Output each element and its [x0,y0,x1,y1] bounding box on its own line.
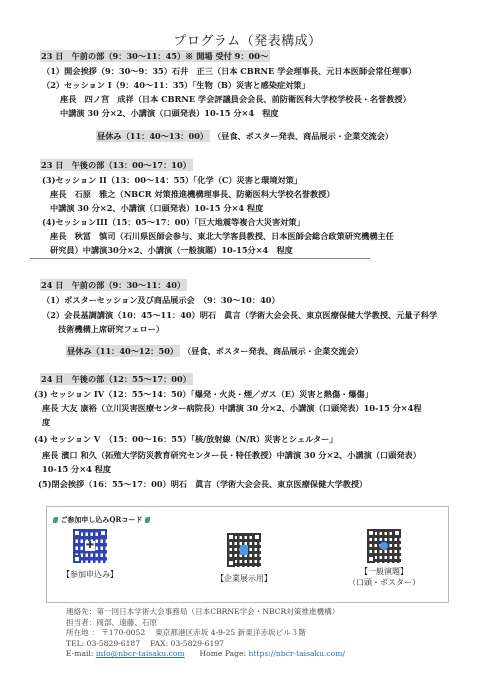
section-header-day23-am: 23 日 午前の部（9：30〜11：45）※ 開場 受付 9：00〜 [40,50,270,62]
lunch-break-detail: （昼食、ポスター発表、商品展示・企業交流会） [213,131,393,141]
qr-code-registration[interactable]: ✚ [73,529,107,563]
qr-label-registration: 【参加申込み】 [59,569,121,580]
lunch-break-label: 昼休み（11：40〜13：00） [96,130,210,142]
program-item: 研究員）中講演30分×2、小講演（一般演題）10‐15分×4 程度 [50,245,293,256]
qr-code-abstract[interactable] [367,529,401,563]
program-item: （2）セッション I（9：40〜11：35）「生物（B）災害と感染症対策」 [42,80,310,91]
section-header-day24-pm: 24 日 午後の部（12：55〜17：00） [40,373,193,385]
section-header-day23-pm: 23 日 午後の部（13：00〜17：10） [40,159,193,171]
building-icon [240,545,248,555]
contact-phone-fax: TEL: 03-5829-6187 FAX: 03-5829-6197 [66,639,345,650]
cross-icon: ✚ [85,541,95,551]
contact-address: 所在地 ： 〒170-0052 東京都港区赤坂 4-9-25 新東洋赤坂ビル３階 [66,628,345,639]
program-item: (5)閉会挨拶（16：55〜17：00）明石 眞言（学術大会会長、東京医療保健大… [38,479,367,490]
page-title: プログラム（発表構成） [0,30,495,49]
program-item: 座長 濱口 和久（拓殖大学防災教育研究センター長・特任教授）中講演 30 分×2… [42,450,421,461]
leaf-icon [53,517,58,523]
contact-links: E-mail: info@nbcr-taisaku.com Home Page:… [66,649,345,660]
qr-code-panel: ご参加申し込みQRコード ✚ 【参加申込み】 【企業展示用】 【一般演題】 （口… [46,506,449,603]
program-item: 座長 秋冨 慎司（石川県医師会参与、東北大学客員教授、日本医師会総合政策研究機構… [50,231,394,242]
qr-label-exhibitor: 【企業展示用】 [212,573,276,584]
program-item: （1）ポスターセッション及び商品展示会 （9：30〜10：40） [42,295,280,306]
program-item: （1）開会挨拶（9：30〜9：35）石井 正三（日本 CBRNE 学会理事長、元… [42,66,416,77]
program-item: (3)セッション II（13：00〜14：55）「化学（C）災害と環境対策」 [42,175,302,186]
program-item: (4)セッションIII（15：05〜17：00）「巨大地震等複合大災害対策」 [42,217,305,228]
qr-code-exhibitor[interactable] [227,533,261,567]
program-item: 10‐15 分×4 程度 [42,464,111,475]
lunch-break-label: 昼休み（11：40〜12：50） [66,345,180,357]
homepage-label: Home Page: [200,649,249,658]
program-item: 中講演 30 分×2、小講演（口頭発表）10‐15 分×4 程度 [60,108,279,119]
contact-office: 連絡先：第一回日本学術大会事務局（日本CBRNE学会・NBCR対策推進機構） [66,607,345,618]
program-item: 度 [42,417,50,428]
qr-heading: ご参加申し込みQRコード [53,515,150,525]
program-item: （2）会長基調講演（10：45〜11：40）明石 眞言（学術大会会長、東京医療保… [42,310,437,321]
contact-block: 連絡先：第一回日本学術大会事務局（日本CBRNE学会・NBCR対策推進機構） 担… [66,607,345,660]
dot-icon [380,542,388,550]
program-item: (4) セッション V （15：00〜16：55）「核/放射線（N/R）災害とシ… [34,434,338,445]
qr-sublabel-abstract: （口頭・ポスター） [343,577,425,588]
program-item: 座長 石原 雅之（NBCR 対策推進機構理事長、防衛医科大学校名誉教授） [50,189,335,200]
program-item: 座長 大友 康裕（立川災害医療センター病院長）中講演 30 分×2、小講演（口頭… [42,403,422,414]
program-item: 座長 四ノ宮 成祥（日本 CBRNE 学会評議員会会長、前防衛医科大学校学校長・… [60,94,411,105]
leaf-icon [145,517,150,523]
lunch-break-2: 昼休み（11：40〜12：50） （昼食、ポスター発表、商品展示・企業交流会） [66,346,363,357]
homepage-link[interactable]: https://nbcr-taisaku.com/ [248,649,345,658]
contact-persons: 担当者：岡部、遠藤、石原 [66,618,345,629]
program-item: 中講演 30 分×2、小講演（口頭発表）10‐15 分×4 程度 [50,203,263,214]
qr-heading-text: ご参加申し込みQRコード [60,515,142,524]
program-item: (3) セッション IV（12：55〜14：50）「爆発・火炎・煙／ガス（E）災… [34,389,373,400]
section-header-day24-am: 24 日 午前の部（9：30〜11：40） [40,279,187,291]
email-link[interactable]: info@nbcr-taisaku.com [96,649,185,658]
qr-label-abstract: 【一般演題】 [352,566,416,577]
section-divider [30,258,370,259]
email-label: E-mail: [66,649,96,658]
program-item: 技術機構上席研究フェロー） [58,324,164,335]
lunch-break-1: 昼休み（11：40〜13：00） （昼食、ポスター発表、商品展示・企業交流会） [96,131,393,142]
lunch-break-detail: （昼食、ポスター発表、商品展示・企業交流会） [183,346,363,356]
